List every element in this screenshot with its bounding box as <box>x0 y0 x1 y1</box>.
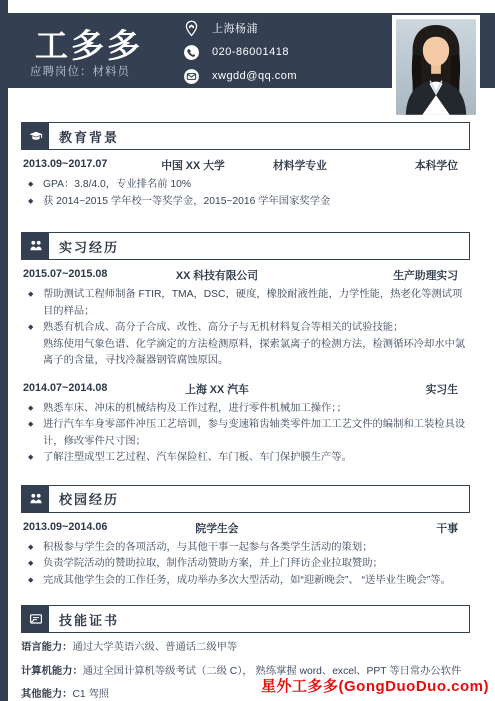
resume-page: { "page": { "footer": "星外工多多(GongDuoDuo.… <box>0 0 495 701</box>
left-accent-strip <box>0 0 8 701</box>
watermark: 星外工多多(GongDuoDuo.com) <box>261 675 489 696</box>
contact-list: 上海杨浦 020-86001418 xwgdd@qq.com <box>183 16 297 88</box>
entry-role: 生产助理实习 <box>297 268 470 283</box>
campus-entry-row: 2013.09~2014.06 院学生会 干事 <box>23 521 470 536</box>
entry-company: XX 科技有限公司 <box>137 268 297 283</box>
contact-email: xwgdd@qq.com <box>183 64 297 88</box>
section-title: 教育背景 <box>49 123 119 149</box>
education-bullets: GPA：3.8/4.0，专业排名前 10% 获 2014~2015 学年校一等奖… <box>21 177 470 210</box>
bullet-item: 积极参与学生会的各项活动，与其他干事一起参与各类学生活动的策划； <box>21 540 470 557</box>
section-internship: 实习经历 2015.07~2015.08 XX 科技有限公司 生产助理实习 帮助… <box>21 232 470 467</box>
entry-company: 上海 XX 汽车 <box>137 382 297 397</box>
education-entry-row: 2013.09~2017.07 中国 XX 大学 材料学专业 本科学位 <box>23 158 470 173</box>
section-education: 教育背景 2013.09~2017.07 中国 XX 大学 材料学专业 本科学位… <box>21 122 470 210</box>
bullet-item: 熟悉有机合成、高分子合成、改性、高分子与无机材料复合等相关的试验技能； 熟练使用… <box>21 320 470 370</box>
entry-date: 2013.09~2014.06 <box>23 521 137 536</box>
campus-bullets: 积极参与学生会的各项活动，与其他干事一起参与各类学生活动的策划； 负责学院活动的… <box>21 540 470 590</box>
campus-entry: 2013.09~2014.06 院学生会 干事 积极参与学生会的各项活动，与其他… <box>21 521 470 590</box>
certificate-icon <box>22 606 49 632</box>
people-icon <box>22 486 49 512</box>
entry-major: 材料学专业 <box>249 158 351 173</box>
entry-degree: 本科学位 <box>351 158 470 173</box>
entry-date: 2015.07~2015.08 <box>23 268 137 283</box>
entry-role: 实习生 <box>297 382 470 397</box>
bullet-continuation: 熟练使用气象色谱、化学滴定的方法检测原料，探索氯离子的检测方法，检测循环冷却水中… <box>43 337 470 370</box>
section-title: 实习经历 <box>49 233 119 259</box>
section-title: 技能证书 <box>49 606 119 632</box>
profile-photo <box>392 15 480 119</box>
section-title: 校园经历 <box>49 486 119 512</box>
phone-icon <box>183 44 200 61</box>
education-section-header: 教育背景 <box>21 122 470 150</box>
contact-email-text: xwgdd@qq.com <box>212 70 297 82</box>
entry-school: 中国 XX 大学 <box>137 158 249 173</box>
internship-section-header: 实习经历 <box>21 232 470 260</box>
bullet-item: 完成其他学生会的工作任务，成功举办多次大型活动，如“迎新晚会”、 “送毕业生晚会… <box>21 573 470 590</box>
people-icon <box>22 233 49 259</box>
section-campus: 校园经历 2013.09~2014.06 院学生会 干事 积极参与学生会的各项活… <box>21 485 470 590</box>
portrait-photo <box>396 19 476 115</box>
bullet-item: 了解注塑成型工艺过程、汽车保险杠、车门板、车门保护膜生产等。 <box>21 450 470 467</box>
entry-date: 2013.09~2017.07 <box>23 158 137 173</box>
skills-section-header: 技能证书 <box>21 605 470 633</box>
candidate-name: 工多多 <box>35 20 143 67</box>
internship-bullets: 帮助测试工程师制备 FTIR，TMA，DSC，硬度，橡胶耐液性能，力学性能，热老… <box>21 287 470 370</box>
contact-phone: 020-86001418 <box>183 40 297 64</box>
email-icon <box>183 68 200 85</box>
internship-entry-row: 2015.07~2015.08 XX 科技有限公司 生产助理实习 <box>23 268 470 283</box>
internship-entry-1: 2015.07~2015.08 XX 科技有限公司 生产助理实习 帮助测试工程师… <box>21 268 470 370</box>
contact-phone-text: 020-86001418 <box>212 46 289 58</box>
header-band: 工多多 应聘岗位：材料员 上海杨浦 020-86001418 <box>0 13 495 88</box>
bullet-item: 进行汽车车身零部件冲压工艺培训，参与变速箱齿轴类零件加工工艺文件的编制和工装检具… <box>21 417 470 450</box>
entry-role: 干事 <box>297 521 470 536</box>
campus-section-header: 校园经历 <box>21 485 470 513</box>
bullet-item: 负责学院活动的赞助拉取，制作活动赞助方案，并上门拜访企业拉取赞助； <box>21 556 470 573</box>
graduation-cap-icon <box>22 123 49 149</box>
bullet-item: GPA：3.8/4.0，专业排名前 10% <box>21 177 470 194</box>
skill-language: 语言能力：通过大学英语六级、普通话二级甲等 <box>21 639 470 657</box>
bullet-item: 熟悉车床、冲床的机械结构及工作过程，进行零件机械加工操作；； <box>21 401 470 418</box>
internship-bullets: 熟悉车床、冲床的机械结构及工作过程，进行零件机械加工操作；； 进行汽车车身零部件… <box>21 401 470 467</box>
entry-organization: 院学生会 <box>137 521 297 536</box>
applied-position: 应聘岗位：材料员 <box>30 63 130 79</box>
bullet-item: 帮助测试工程师制备 FTIR，TMA，DSC，硬度，橡胶耐液性能，力学性能，热老… <box>21 287 470 320</box>
entry-date: 2014.07~2014.08 <box>23 382 137 397</box>
location-pin-icon <box>183 20 200 37</box>
bullet-item: 获 2014~2015 学年校一等奖学金，2015~2016 学年国家奖学金 <box>21 194 470 211</box>
contact-location: 上海杨浦 <box>183 16 297 40</box>
contact-location-text: 上海杨浦 <box>212 20 258 36</box>
internship-entry-row: 2014.07~2014.08 上海 XX 汽车 实习生 <box>23 382 470 397</box>
internship-entry-2: 2014.07~2014.08 上海 XX 汽车 实习生 熟悉车床、冲床的机械结… <box>21 382 470 467</box>
education-entry: 2013.09~2017.07 中国 XX 大学 材料学专业 本科学位 GPA：… <box>21 158 470 210</box>
